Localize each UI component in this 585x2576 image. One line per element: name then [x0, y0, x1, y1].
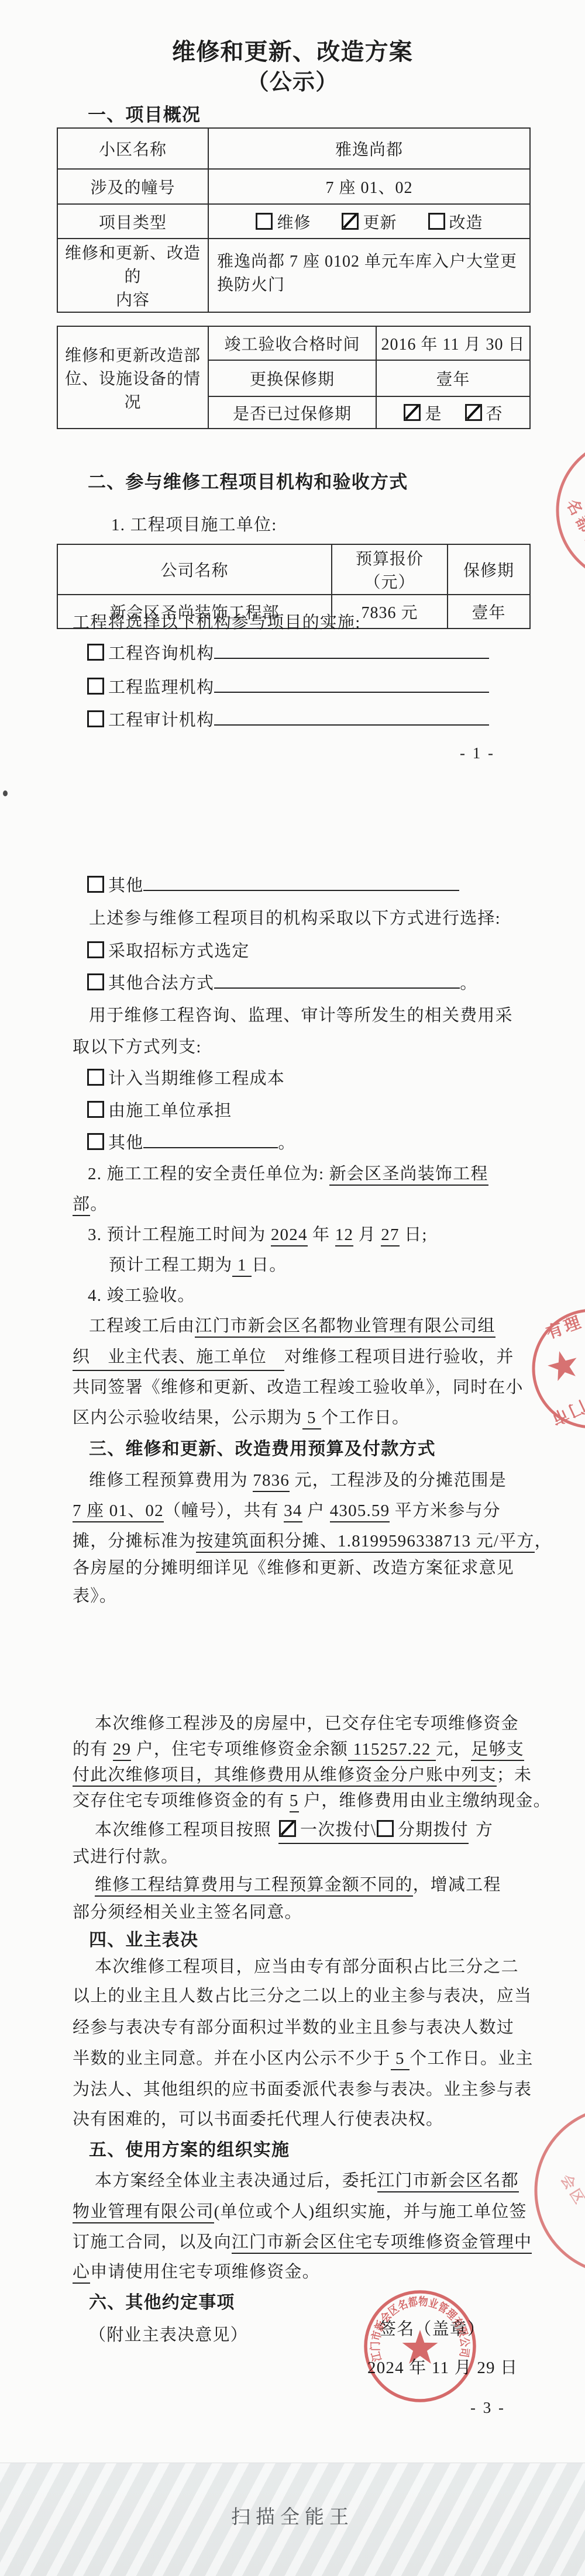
page-number: - 3 -	[470, 2398, 505, 2418]
text-line: 取以下方式列支:	[73, 1037, 202, 1058]
doc-subtitle: （公示）	[0, 69, 585, 97]
text: 本次维修工程项目，应当由专有部分面积占比三分之二	[95, 1957, 519, 1976]
sub-item: 1. 工程项目施工单位:	[111, 514, 277, 536]
text-line: 上述参与维修工程项目的机构采取以下方式进行选择:	[89, 908, 501, 929]
text: 其他合法方式	[108, 974, 214, 993]
text: 本次维修工程涉及的房屋中，已交存住宅专项维修资金	[95, 1714, 519, 1733]
text-line: 维修工程结算费用与工程预算金额不同的，增减工程	[95, 1874, 501, 1895]
text-line: 物业管理有限公司(单位或个人)组织实施，并与施工单位签	[73, 2201, 527, 2222]
text-line: 各房屋的分摊明细详见《维修和更新、改造方案征求意见	[73, 1558, 514, 1579]
text: 采取招标方式选定	[108, 942, 250, 961]
text: 户，维修费用由业主缴纳现金。	[299, 1791, 551, 1810]
text: 月	[353, 1225, 381, 1244]
text-line: 本次维修工程涉及的房屋中，已交存住宅专项维修资金	[95, 1713, 519, 1734]
underlined-text: 7836	[253, 1471, 290, 1492]
section-heading-5: 五、使用方案的组织实施	[89, 2139, 290, 2161]
text-line: 部。	[73, 1194, 108, 1215]
underlined-group: 一次拨付\分期拨付	[278, 1819, 469, 1844]
text: (单位或个人)组织实施，并与施工单位签	[214, 2202, 527, 2221]
section-heading-2: 二、参与维修工程项目机构和验收方式	[88, 471, 408, 494]
text: （附业主表决意见）	[89, 2326, 248, 2344]
text: 工程竣工后由	[89, 1317, 195, 1335]
text: 五、使用方案的组织实施	[89, 2140, 290, 2160]
text: 表》。	[73, 1587, 117, 1605]
section-heading-6: 六、其他约定事项	[89, 2292, 235, 2314]
underlined-text: 12	[335, 1225, 353, 1246]
checkbox-empty[interactable]	[87, 644, 104, 661]
text: 半数的业主同意。并在小区内公示不少于	[73, 2049, 391, 2068]
underlined-text: 部	[73, 1195, 90, 1216]
text: 平方米参与分	[390, 1501, 501, 1520]
text: 由施工单位承担	[108, 1101, 232, 1120]
text: 年	[308, 1225, 335, 1244]
text: 对维修工程项目进行验收，并	[284, 1348, 514, 1366]
text: 订施工合同，以及向	[73, 2233, 232, 2252]
underlined-text: 新会区圣尚装饰工程	[329, 1165, 488, 1186]
text: - 1 -	[460, 744, 495, 762]
checkbox-empty[interactable]	[87, 710, 104, 727]
text: - 3 -	[470, 2399, 505, 2416]
text-line: 决有困难的，可以书面委托代理人行使表决权。	[73, 2109, 443, 2130]
text-line: 3. 预计工程施工时间为 2024 年 12 月 27 日;	[88, 1224, 428, 1245]
text: 元，工程涉及的分摊范围是	[290, 1471, 507, 1490]
text: 工程将选择以下机构参与项目的实施:	[73, 613, 360, 632]
underlined-text: 2024	[271, 1225, 308, 1246]
underlined-text: 4305.59	[330, 1501, 390, 1522]
text-line: 由施工单位承担	[87, 1100, 232, 1121]
text-line: 7 座 01、02（幢号），共有 34 户 4305.59 平方米参与分	[73, 1500, 501, 1521]
text-line: 共同签署《维修和更新、改造工程竣工验收单》，同时在小	[73, 1377, 524, 1398]
text-line: 工程咨询机构	[87, 643, 489, 664]
text: ，增减工程	[413, 1876, 501, 1894]
text: 业主代表、施工单位	[108, 1348, 267, 1366]
text: 一、项目概况	[88, 105, 201, 125]
text: 2024 年 11 月 29 日	[367, 2359, 518, 2377]
text: 上述参与维修工程项目的机构采取以下方式进行选择:	[89, 909, 501, 928]
checkbox-checked[interactable]	[279, 1820, 296, 1837]
text-line: 区内公示验收结果，公示期为 5 个工作日。	[73, 1407, 409, 1428]
text: 部分须经相关业主签名同意。	[73, 1903, 302, 1922]
text: 申请使用住宅专项维修资金。	[90, 2263, 320, 2281]
underlined-text: 按建筑面积分摊、1.8199596338713 元/平方	[196, 1532, 534, 1553]
text: （幢号），共有	[164, 1501, 284, 1520]
footer-brand: 扫描全能王	[0, 2505, 585, 2529]
text-line: 式进行付款。	[73, 1846, 178, 1867]
text-line: 工程监理机构	[87, 677, 489, 698]
text: 以上的业主且人数占比三分之二以上的业主参与表决，应当	[73, 1987, 532, 2005]
text: 签名（盖章）	[379, 2320, 485, 2339]
text: 决有困难的，可以书面委托代理人行使表决权。	[73, 2110, 443, 2129]
checkbox-empty[interactable]	[87, 941, 104, 958]
text-line: 采取招标方式选定	[87, 941, 250, 962]
underlined-text: 物业管理有限公司	[73, 2202, 214, 2223]
text: 。	[278, 1134, 295, 1152]
text-line: 工程竣工后由江门市新会区名都物业管理有限公司组	[89, 1315, 495, 1337]
text: 户，住宅专项维修资金余额	[131, 1740, 348, 1759]
checkbox-empty[interactable]	[87, 1133, 104, 1150]
text-line: 心申请使用住宅专项维修资金。	[73, 2261, 320, 2283]
text-line: 其他	[87, 875, 459, 896]
underlined-text: 115257.22	[348, 1740, 436, 1761]
text-line: 经参与表决专有部分面积过半数的业主且参与表决人数过	[73, 2017, 514, 2038]
text: 区内公示验收结果，公示期为	[73, 1408, 302, 1427]
text: 共同签署《维修和更新、改造工程竣工验收单》，同时在小	[73, 1378, 524, 1397]
text: 。	[460, 974, 477, 993]
section-heading-4: 四、业主表决	[89, 1929, 198, 1952]
checkbox-empty[interactable]	[87, 973, 104, 990]
underlined-text: 5	[391, 2049, 410, 2070]
signature-label: 签名（盖章）	[379, 2319, 485, 2340]
checkbox-empty[interactable]	[87, 678, 104, 695]
text: 本次维修工程项目按照	[95, 1821, 271, 1839]
text-line: （附业主表决意见）	[89, 2325, 248, 2346]
text: 为法人、其他组织的应书面委派代表参与表决。业主参与表	[73, 2080, 532, 2099]
text: 3. 预计工程施工时间为	[88, 1225, 271, 1244]
text-line: 织业主代表、施工单位对维修工程项目进行验收，并	[73, 1346, 514, 1371]
text: 工程咨询机构	[108, 644, 214, 663]
text: 4. 竣工验收。	[88, 1286, 195, 1305]
text: 各房屋的分摊明细详见《维修和更新、改造方案征求意见	[73, 1559, 514, 1577]
underlined-text: 心	[73, 2263, 90, 2284]
text: 六、其他约定事项	[89, 2293, 235, 2312]
underlined-text: 29	[113, 1740, 131, 1761]
text-line: 以上的业主且人数占比三分之二以上的业主参与表决，应当	[73, 1985, 532, 2007]
text: ，	[535, 1532, 552, 1551]
text: （公示）	[247, 70, 339, 95]
text-line: 本次维修工程项目，应当由专有部分面积占比三分之二	[95, 1956, 519, 1977]
text: 日。	[252, 1256, 287, 1275]
doc-title: 维修和更新、改造方案	[0, 37, 585, 67]
text: 预计工程工期为	[109, 1256, 232, 1275]
text-line: 其他合法方式。	[87, 973, 477, 994]
fill-in-blank[interactable]	[214, 644, 489, 659]
checkbox-empty[interactable]	[87, 876, 104, 893]
text-line: 表》。	[73, 1586, 117, 1607]
text: 工程审计机构	[108, 711, 214, 730]
text-line: 本次维修工程项目按照一次拨付\分期拨付方	[95, 1819, 493, 1844]
underlined-text: 江门市新会区住宅专项维修资金管理中	[232, 2233, 532, 2254]
fill-in-blank[interactable]	[214, 678, 489, 693]
text-line: 半数的业主同意。并在小区内公示不少于 5 个工作日。业主	[73, 2048, 534, 2069]
text: 用于维修工程咨询、监理、审计等所发生的相关费用采	[89, 1006, 513, 1025]
underlined-text: 1	[232, 1256, 252, 1277]
text: 扫描全能王	[231, 2506, 354, 2527]
text: ；未	[497, 1766, 532, 1784]
text: 其他	[108, 876, 143, 895]
text: 维修工程预算费用为	[89, 1471, 253, 1490]
text: 的有	[73, 1740, 113, 1759]
text-line: 工程将选择以下机构参与项目的实施:	[73, 612, 360, 633]
text-line: 用于维修工程咨询、监理、审计等所发生的相关费用采	[89, 1005, 513, 1026]
text: 分期拨付	[398, 1821, 469, 1839]
page-number: - 1 -	[460, 744, 495, 764]
section-heading-3: 三、维修和更新、改造费用预算及付款方式	[89, 1438, 436, 1460]
text: 方	[476, 1821, 493, 1839]
text-line: 工程审计机构	[87, 710, 489, 731]
text: 本方案经全体业主表决通过后，委托	[95, 2171, 377, 2190]
text: 二、参与维修工程项目机构和验收方式	[88, 472, 408, 492]
underlined-text: 维修工程结算费用与工程预算金额不同的	[95, 1876, 413, 1897]
text-line: 为法人、其他组织的应书面委派代表参与表决。业主参与表	[73, 2079, 532, 2100]
underlined-text: 江门市新会区名都物业管理有限公司组	[195, 1317, 495, 1338]
text: 一次拨付\	[300, 1821, 376, 1839]
signature-date: 2024 年 11 月 29 日	[367, 2357, 518, 2378]
text: 个工作日。业主	[409, 2049, 533, 2068]
text-line: 预计工程工期为 1 日。	[109, 1255, 287, 1276]
underlined-text: 7 座 01、02	[73, 1501, 164, 1522]
text-line: 的有 29 户，住宅专项维修资金余额 115257.22 元，足够支	[73, 1739, 524, 1760]
scanned-document-page: { "doc": { "title_line1": "维修和更新、改造方案", …	[0, 0, 585, 2576]
underlined-text: 江门市新会区名都	[377, 2171, 519, 2192]
text-line: 交存住宅专项维修资金的有 5 户，维修费用由业主缴纳现金。	[73, 1790, 551, 1811]
text: 1. 工程项目施工单位:	[111, 516, 277, 534]
fill-in-blank[interactable]	[214, 973, 460, 989]
document-text-layer: 维修和更新、改造方案（公示）一、项目概况二、参与维修工程项目机构和验收方式1. …	[0, 0, 585, 2576]
text-line: 摊，分摊标准为按建筑面积分摊、1.8199596338713 元/平方，	[73, 1531, 552, 1552]
text-line: 订施工合同，以及向江门市新会区住宅专项维修资金管理中	[73, 2232, 532, 2253]
fill-in-blank[interactable]	[143, 876, 459, 891]
text: 式进行付款。	[73, 1848, 178, 1866]
text-line: 其他。	[87, 1132, 296, 1154]
text: 元，	[436, 1740, 471, 1759]
text: 日;	[400, 1225, 428, 1244]
text-line: 维修工程预算费用为 7836 元，工程涉及的分摊范围是	[89, 1470, 507, 1491]
underlined-group: 织业主代表、施工单位	[73, 1346, 284, 1371]
text: 取以下方式列支:	[73, 1038, 202, 1056]
text-line: 付此次维修项目，其维修费用从维修资金分户账中列支；未	[73, 1764, 532, 1786]
text-line: 计入当期维修工程成本	[87, 1068, 285, 1089]
text-line: 部分须经相关业主签名同意。	[73, 1902, 302, 1923]
fill-in-blank[interactable]	[143, 1133, 278, 1148]
text-line: 本方案经全体业主表决通过后，委托江门市新会区名都	[95, 2170, 519, 2191]
text: 计入当期维修工程成本	[108, 1069, 285, 1088]
checkbox-empty[interactable]	[87, 1101, 104, 1118]
text: 交存住宅专项维修资金的有	[73, 1791, 290, 1810]
text: 四、业主表决	[89, 1931, 198, 1950]
checkbox-empty[interactable]	[87, 1069, 104, 1086]
underlined-text: 34	[284, 1501, 302, 1522]
text: 其他	[108, 1134, 143, 1152]
text-line: 2. 施工工程的安全责任单位为: 新会区圣尚装饰工程	[88, 1163, 488, 1185]
underlined-text: 足够支	[471, 1740, 524, 1761]
text: 个工作日。	[321, 1408, 409, 1427]
scan-speck-artifact	[3, 790, 8, 796]
text: 工程监理机构	[108, 678, 214, 697]
text: 户	[302, 1501, 330, 1520]
text: 2. 施工工程的安全责任单位为:	[88, 1165, 329, 1183]
fill-in-blank[interactable]	[214, 710, 489, 726]
underlined-text: 5	[302, 1408, 322, 1429]
text-line: 4. 竣工验收。	[88, 1285, 195, 1306]
text: 三、维修和更新、改造费用预算及付款方式	[89, 1439, 436, 1459]
text: 摊，分摊标准为	[73, 1532, 196, 1551]
text: 。	[90, 1195, 108, 1214]
text: 经参与表决专有部分面积过半数的业主且参与表决人数过	[73, 2018, 514, 2037]
text: 维修和更新、改造方案	[172, 39, 413, 65]
text: 织	[73, 1348, 90, 1366]
underlined-text: 5	[290, 1791, 299, 1812]
underlined-text: 27	[381, 1225, 399, 1246]
checkbox-empty[interactable]	[377, 1820, 394, 1837]
section-heading-1: 一、项目概况	[88, 104, 201, 127]
underlined-text: 付此次维修项目，其维修费用从维修资金分户账中列支	[73, 1766, 497, 1787]
